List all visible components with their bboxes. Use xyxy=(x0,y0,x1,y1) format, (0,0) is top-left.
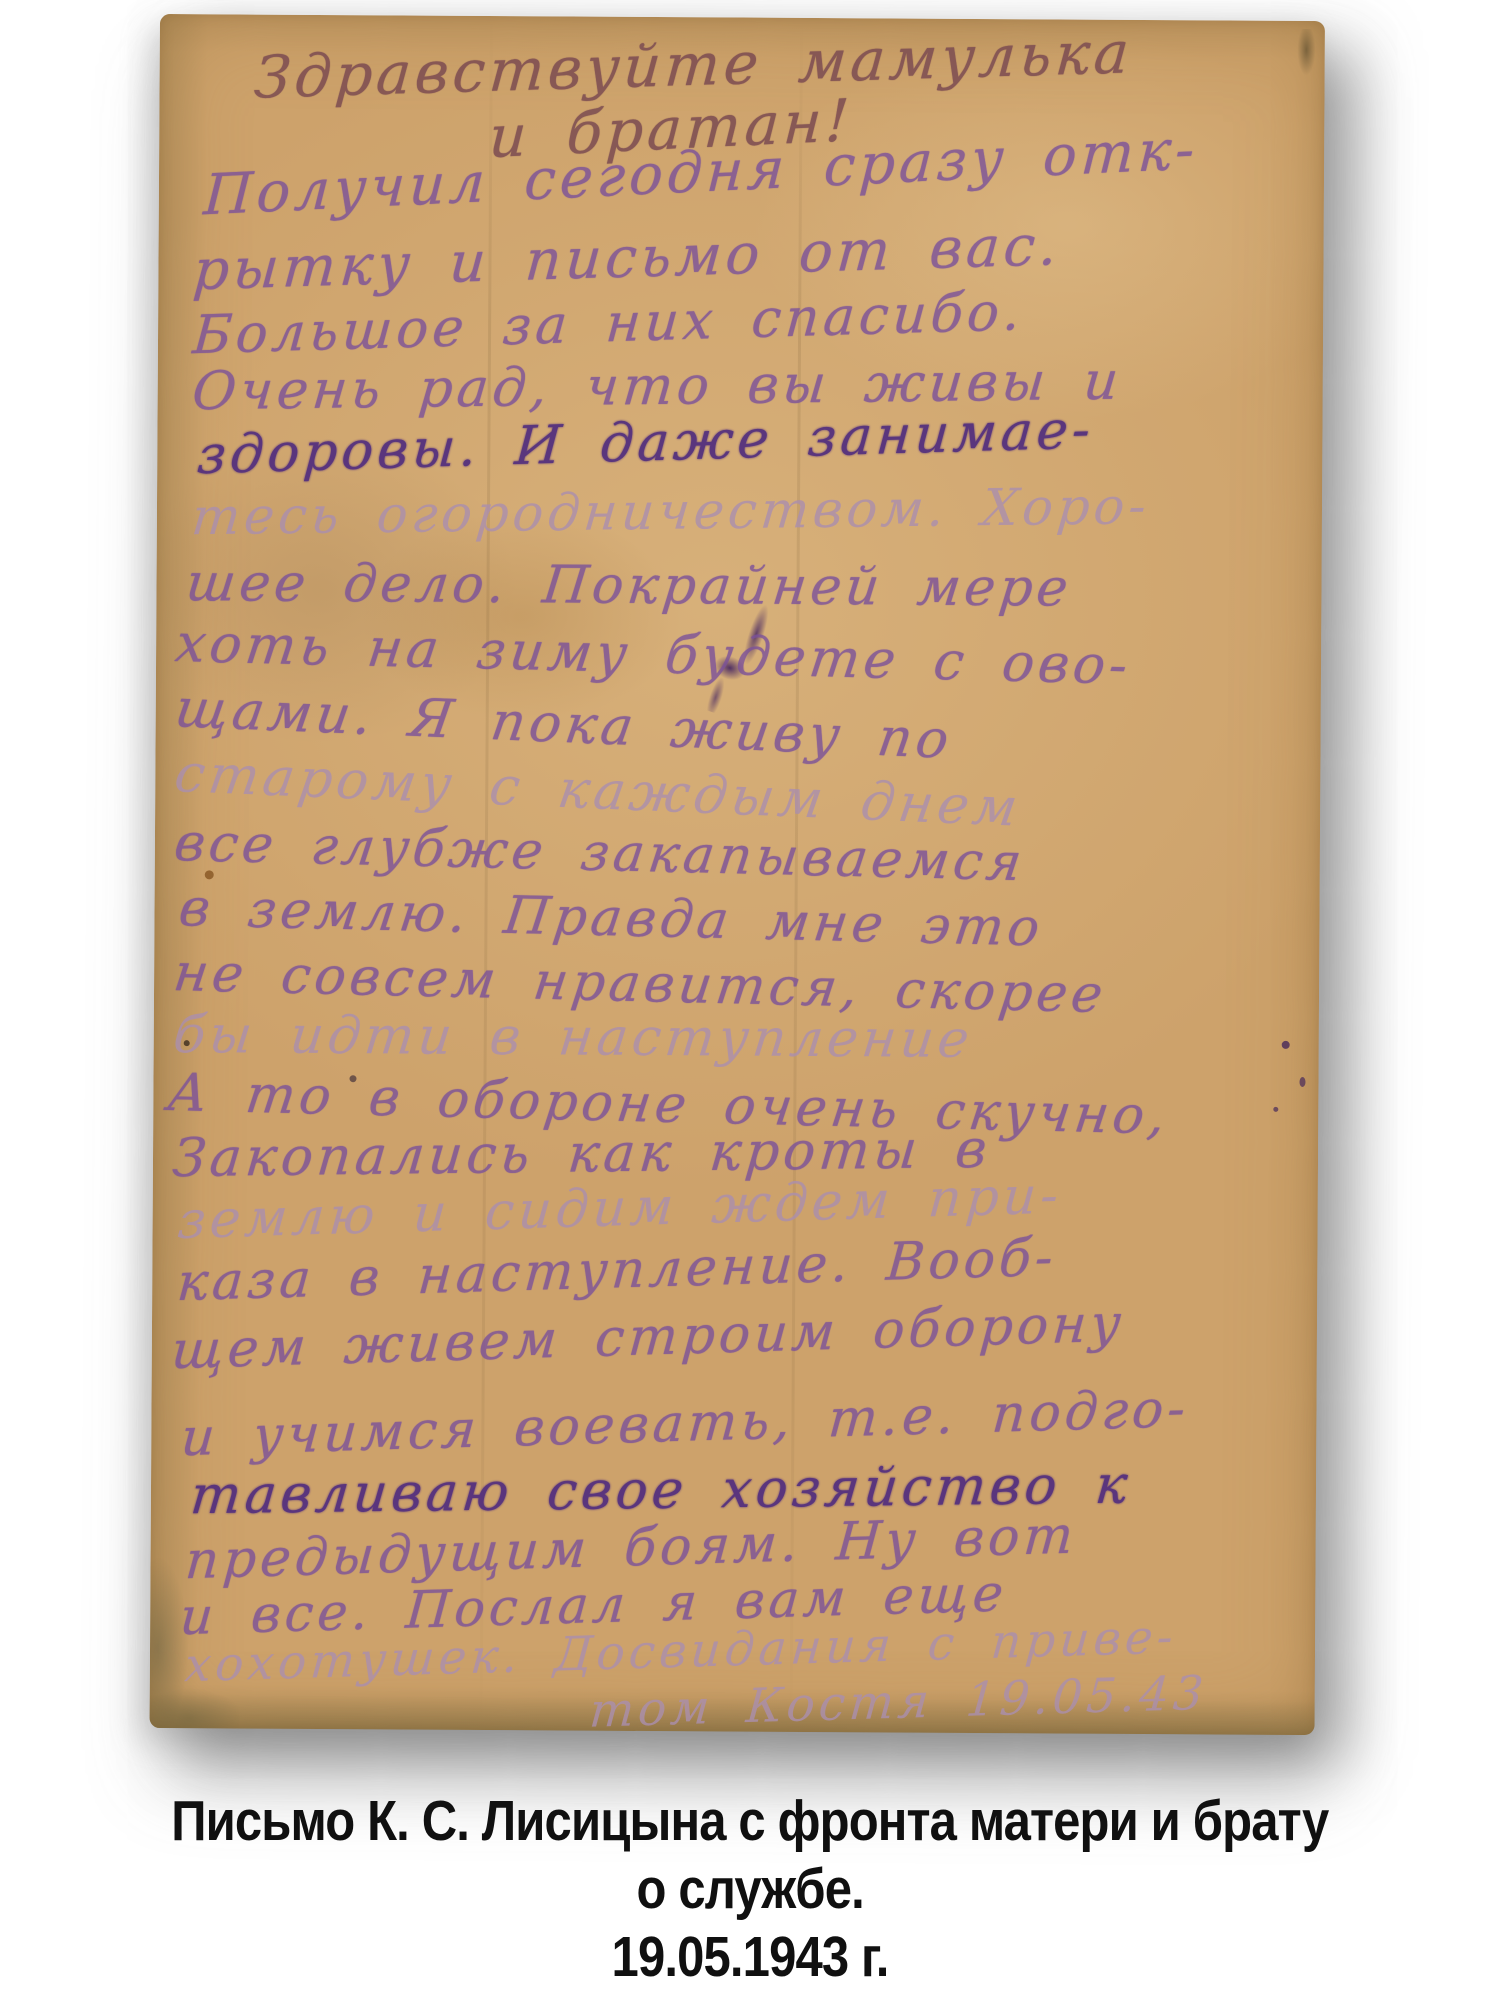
caption: Письмо К. С. Лисицына с фронта матери и … xyxy=(0,1788,1500,1992)
letter-line-16: бы идти в наступление xyxy=(170,1005,976,1070)
handwritten-letter: Здравствуйте мамулькаи братан!Получил се… xyxy=(150,14,1325,1735)
caption-line-2: о службе. xyxy=(0,1856,1500,1924)
postcard-scan: Здравствуйте мамулькаи братан!Получил се… xyxy=(150,14,1325,1735)
caption-line-1: Письмо К. С. Лисицына с фронта матери и … xyxy=(0,1788,1500,1856)
letter-line-9: шее дело. Покрайней мере xyxy=(183,553,1075,618)
letter-line-8: тесь огородничеством. Хоро- xyxy=(189,477,1152,547)
caption-line-3: 19.05.1943 г. xyxy=(0,1924,1500,1992)
